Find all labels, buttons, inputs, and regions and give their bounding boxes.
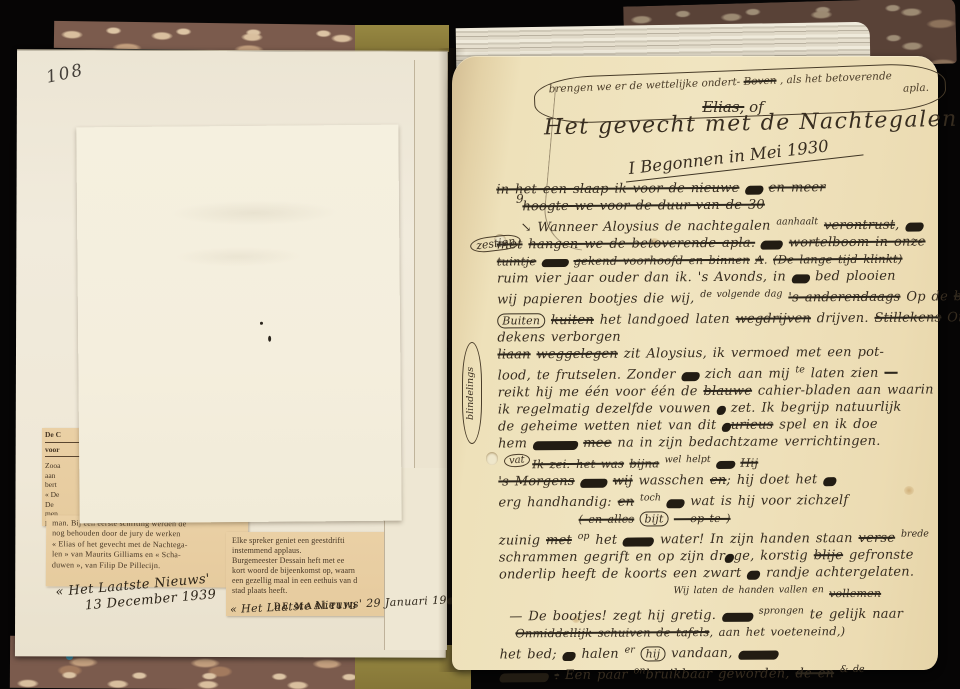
clipping-fragment: De C <box>45 430 82 443</box>
clipping-line: instemmend applaus. <box>232 546 400 556</box>
manuscript-body: in het een slaap ik voor de nieuwe ___ e… <box>496 179 928 685</box>
margin-note-blindelings: blindelings <box>462 342 482 444</box>
manuscript-line: wij papieren bootjes die wij, de volgend… <box>497 285 925 309</box>
manuscript-line: zuinig met op het ______ water! In zijn … <box>499 526 927 550</box>
clipping-fragment: Zooa <box>45 461 82 471</box>
marbled-cover-edge-top <box>54 21 362 52</box>
manuscript-line: __________ : Een paar onbruikbaar geword… <box>500 661 928 685</box>
clipping-fragment: « De <box>45 490 82 500</box>
clipping-fragment: De <box>45 500 82 510</box>
manuscript-line: Wij laten de handen vallen en vollemen <box>499 581 927 605</box>
manuscript-line: Buiten kuiten het landgoed laten wegdrij… <box>497 306 925 330</box>
manuscript-line: — De bootjes! zegt hij gretig. ______ sp… <box>499 602 927 626</box>
photograph-of-open-notebook: { "left_page": { "page_number": "108", "… <box>0 0 960 689</box>
manuscript-line: erg handhandig: en toch ___ wat is hij v… <box>498 488 926 512</box>
newspaper-clipping-1-strip: De CvoorZooaaanbert« DeDemenlen,wels <box>42 428 82 526</box>
manuscript-line: Ik zei: het was bijna wel helpt ____ Hij <box>498 450 926 474</box>
clipping-2-lines: Elke spreker geniet een geestdriftiinste… <box>232 536 400 596</box>
clipping-line: kort woord de bijeenkomst op, waarn <box>232 566 400 576</box>
clipping-fragment: aan <box>45 471 82 481</box>
manuscript-line: ↘ Wanneer Aloysius de nachtegalen aanhaa… <box>496 213 924 237</box>
manuscript-line: lood, te frutselen. Zonder ___ zich aan … <box>498 361 926 385</box>
manuscript-page: brengen we er de wettelijke ondert- Bove… <box>452 56 938 670</box>
manuscript-line: het bed; __ halen er hij vandaan, ______… <box>499 640 927 664</box>
clipping-line: stad plaats heeft. <box>232 586 400 596</box>
ink-dot <box>260 322 263 325</box>
clipping-line: Burgemeester Dessain heft met ee <box>232 556 400 566</box>
chapter-heading: I Begonnen in Mei 1930 <box>623 133 863 183</box>
clipping-line: Elke spreker geniet een geestdrifti <box>232 536 400 546</box>
paper-hole <box>486 452 498 465</box>
clipping-fragment: voor <box>45 445 82 458</box>
manuscript-line: hem _________ mee na in zijn bedachtzame… <box>498 433 926 453</box>
blank-card-overlay <box>76 125 401 524</box>
spine-cloth-top <box>355 25 449 52</box>
clipping-line: een gezellig maal in een eethuis van d <box>232 576 400 586</box>
ink-dot <box>268 336 271 342</box>
clipping-line: duwen », van Filip De Pillecijn. <box>52 560 244 572</box>
margin-note-nine: 9 <box>516 192 524 206</box>
clipping-fragment: bert <box>45 480 82 490</box>
